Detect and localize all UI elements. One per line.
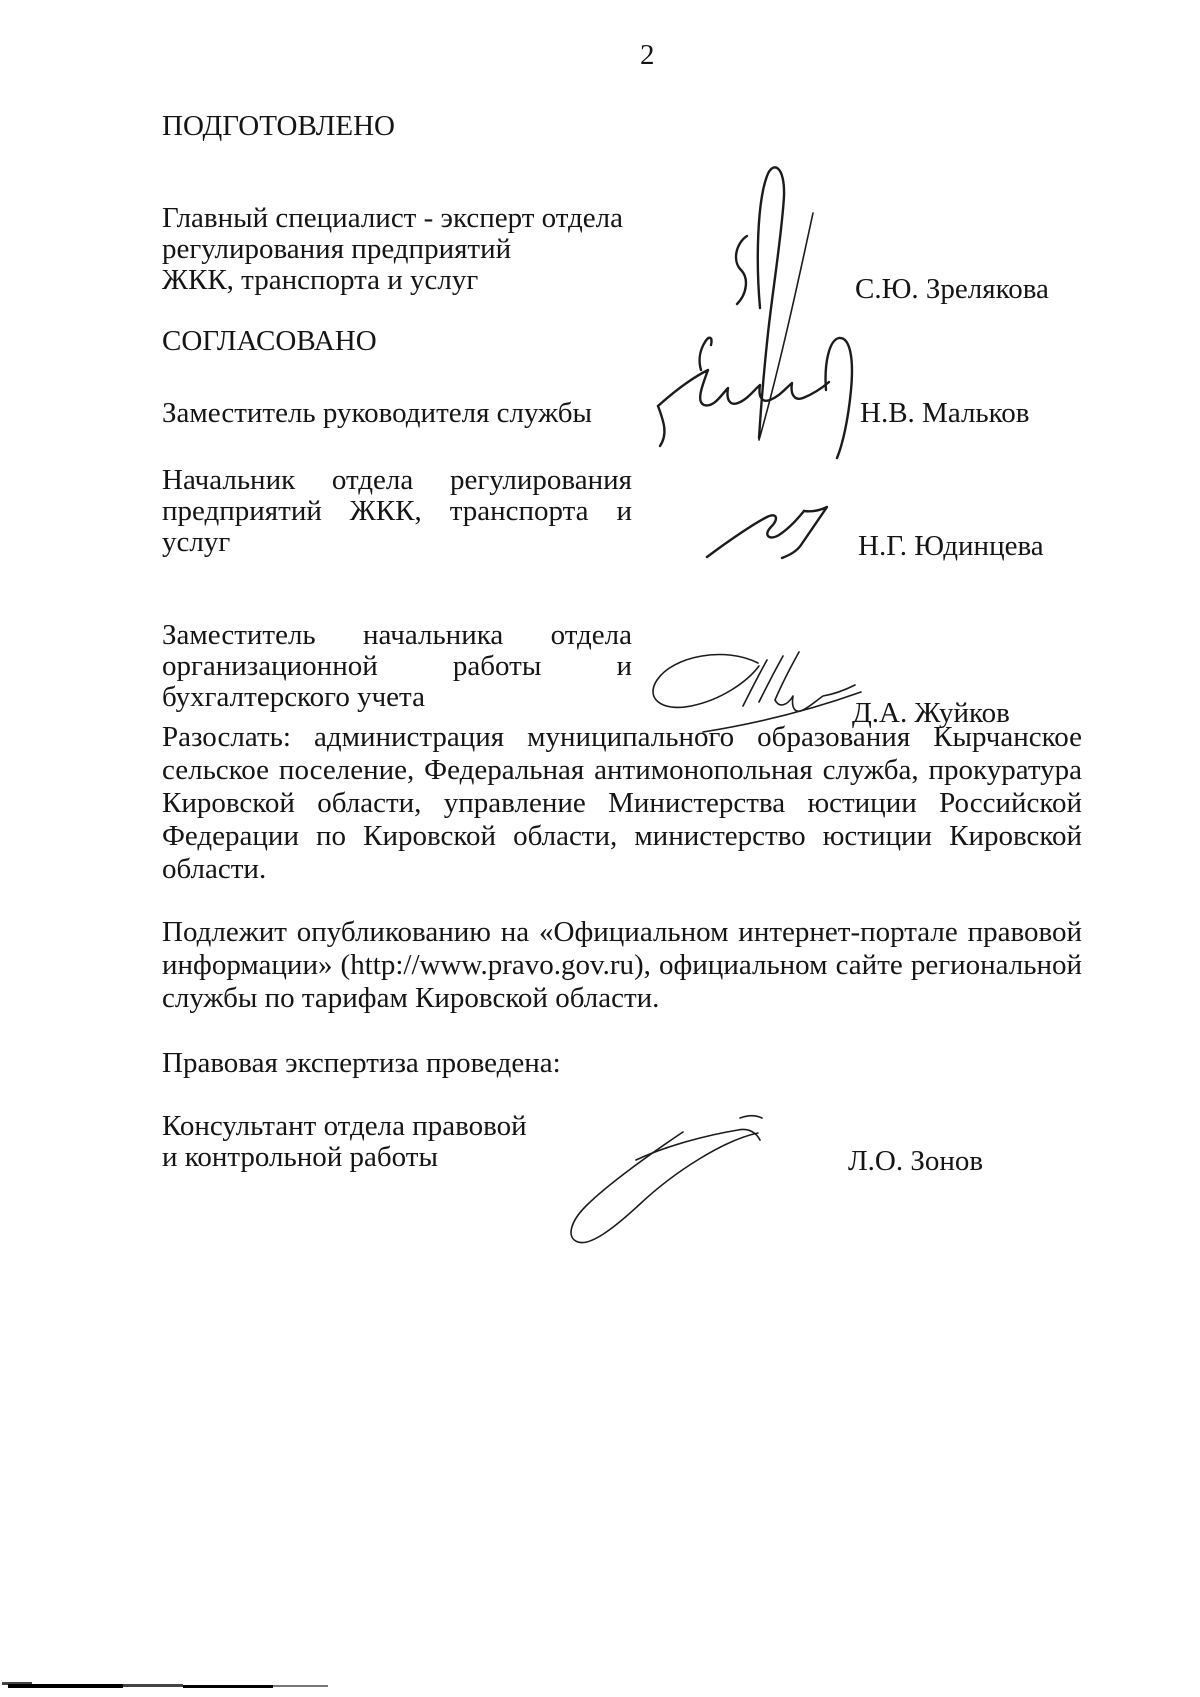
document-page: 2 ПОДГОТОВЛЕНО Главный специалист - эксп… [0, 0, 1200, 1697]
legal-review-statement: Правовая экспертиза проведена: [162, 1048, 561, 1079]
title-line: организационной работы и [162, 651, 632, 682]
agreed-heading: СОГЛАСОВАНО [162, 326, 377, 357]
paragraph-line: сельское поселение, Федеральная антимоно… [162, 754, 1082, 787]
paragraph-line: области. [162, 853, 1082, 886]
signer-title-block: Начальник отдела регулирования предприят… [162, 465, 632, 558]
title-line: Начальник отдела регулирования [162, 465, 632, 496]
paragraph-line: Кировской области, управление Министерст… [162, 787, 1082, 820]
title-line: регулирования предприятий [162, 234, 632, 265]
signer-name: Н.В. Мальков [860, 398, 1029, 429]
prepared-heading: ПОДГОТОВЛЕНО [162, 111, 395, 142]
publication-paragraph: Подлежит опубликованию на «Официальном и… [162, 916, 1082, 1015]
paragraph-line: Разослать: администрация муниципального … [162, 721, 1082, 754]
paragraph-line: Подлежит опубликованию на «Официальном и… [162, 916, 1082, 949]
prepared-officer-title: Главный специалист - эксперт отдела регу… [162, 203, 632, 296]
title-line: Заместитель начальника отдела [162, 620, 632, 651]
signature-zonov [558, 1100, 773, 1255]
signer-name: Н.Г. Юдинцева [858, 531, 1044, 562]
page-number: 2 [640, 40, 655, 71]
signer-name: С.Ю. Зрелякова [855, 274, 1049, 305]
signer-title: Заместитель руководителя службы [162, 398, 592, 429]
title-line: услуг [162, 527, 632, 558]
signer-title-block: Заместитель начальника отдела организаци… [162, 620, 632, 713]
paragraph-line: службы по тарифам Кировской области. [162, 982, 1082, 1015]
paragraph-line: Федерации по Кировской области, министер… [162, 820, 1082, 853]
title-line: бухгалтерского учета [162, 682, 632, 713]
distribution-paragraph: Разослать: администрация муниципального … [162, 721, 1082, 886]
signature-malkov [648, 328, 873, 460]
title-line: Главный специалист - эксперт отдела [162, 203, 632, 234]
paragraph-line: информации» (http://www.pravo.gov.ru), о… [162, 949, 1082, 982]
signature-yudintseva [703, 503, 843, 565]
title-line: ЖКК, транспорта и услуг [162, 265, 632, 296]
signer-name: Л.О. Зонов [848, 1146, 983, 1177]
title-line: предприятий ЖКК, транспорта и [162, 496, 632, 527]
